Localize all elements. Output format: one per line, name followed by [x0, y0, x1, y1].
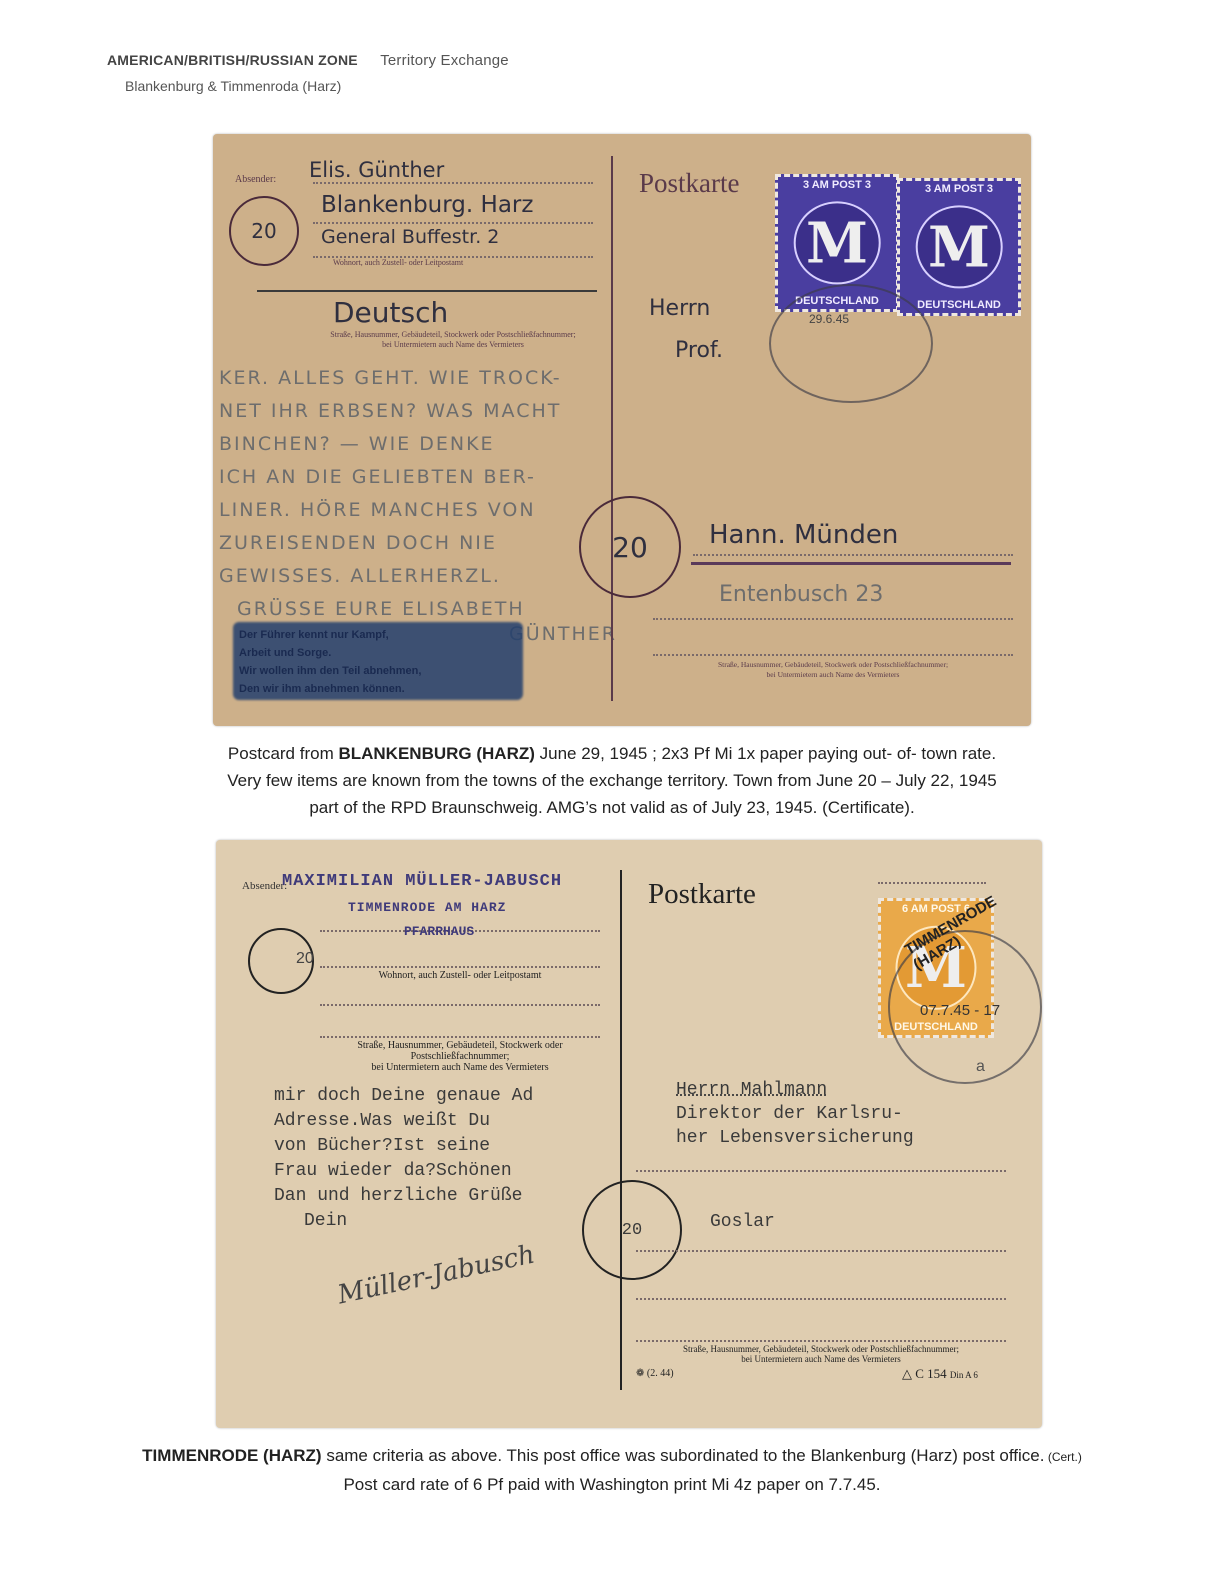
- page-header: AMERICAN/BRITISH/RUSSIAN ZONE Territory …: [107, 52, 509, 69]
- caption-blankenburg: Postcard from BLANKENBURG (HARZ) June 29…: [0, 740, 1224, 821]
- propaganda-slogan: Der Führer kennt nur Kampf, Arbeit und S…: [239, 626, 421, 698]
- card-divider: [611, 156, 613, 701]
- print-code: ❁ (2. 44): [636, 1368, 674, 1379]
- signature: Müller-Jabusch: [335, 1239, 537, 1310]
- recipient-title: Herrn: [649, 296, 710, 321]
- postmark-date: 29.6.45: [809, 312, 849, 326]
- recipient-city: Goslar: [710, 1212, 775, 1232]
- topic-title: Territory Exchange: [380, 52, 509, 69]
- wohnort-label: Wohnort, auch Zustell- oder Leitpostamt: [320, 970, 600, 981]
- wohnort-label: Wohnort, auch Zustell- oder Leitpostamt: [333, 258, 463, 267]
- sender-name: Elis. Günther: [309, 158, 444, 182]
- postkarte-title: Postkarte: [648, 878, 756, 911]
- page-subtitle: Blankenburg & Timmenroda (Harz): [125, 78, 341, 94]
- recipient-street-label: Straße, Hausnummer, Gebäudeteil, Stockwe…: [653, 660, 1013, 680]
- recipient-zone-circle: 20: [579, 496, 681, 598]
- postcard-blankenburg: Absender: 20 Elis. Günther Blankenburg. …: [213, 134, 1031, 726]
- caption-timmenrode: TIMMENRODE (HARZ) same criteria as above…: [0, 1442, 1224, 1498]
- recipient-zone-circle: 20: [582, 1180, 682, 1280]
- stamp-3pf-right: 3 AM POST 3 M DEUTSCHLAND: [897, 178, 1021, 316]
- sender-country: Deutsch: [333, 296, 448, 329]
- recipient-address: Herrn Mahlmann Direktor der Karlsru- her…: [676, 1078, 914, 1150]
- recipient-prof: Prof.: [675, 338, 723, 363]
- sender-stamp-town: TIMMENRODE AM HARZ: [348, 900, 506, 915]
- zone-number: 20: [251, 219, 276, 243]
- message-text: KER. ALLES GEHT. WIE TROCK- NET IHR ERBS…: [219, 362, 617, 651]
- divider: [257, 290, 597, 292]
- street-label: Straße, Hausnummer, Gebäudeteil, Stockwe…: [320, 1040, 600, 1073]
- sender-town: Blankenburg. Harz: [321, 192, 533, 218]
- recipient-street-label: Straße, Hausnummer, Gebäudeteil, Stockwe…: [636, 1344, 1006, 1364]
- absender-label: Absender:: [235, 174, 276, 185]
- zone-circle: 20: [229, 196, 299, 266]
- blankenburg-postmark: [769, 284, 933, 403]
- absender-label: Absender:: [242, 880, 287, 892]
- sender-stamp-name: MAXIMILIAN MÜLLER-JABUSCH: [282, 872, 562, 891]
- recipient-city: Hann. Münden: [709, 520, 898, 550]
- postmark-letter: a: [976, 1058, 985, 1076]
- recipient-street: Entenbusch 23: [719, 582, 883, 607]
- sender-stamp-place: PFARRHAUS: [404, 924, 474, 939]
- zone-title: AMERICAN/BRITISH/RUSSIAN ZONE: [107, 52, 358, 68]
- postmark-date: 07.7.45 - 17: [920, 1002, 1000, 1019]
- postkarte-title: Postkarte: [639, 168, 740, 199]
- print-emblem-icon: ❁: [636, 1368, 644, 1379]
- card-divider: [620, 870, 622, 1390]
- message-text: mir doch Deine genaue Ad Adresse.Was wei…: [274, 1084, 533, 1234]
- sender-street: General Buffestr. 2: [321, 226, 499, 248]
- zone-number: 20: [296, 950, 314, 968]
- form-code: △ C 154 Din A 6: [902, 1366, 978, 1382]
- postcard-timmenrode: Absender: MAXIMILIAN MÜLLER-JABUSCH TIMM…: [216, 840, 1042, 1428]
- street-label: Straße, Hausnummer, Gebäudeteil, Stockwe…: [313, 330, 593, 350]
